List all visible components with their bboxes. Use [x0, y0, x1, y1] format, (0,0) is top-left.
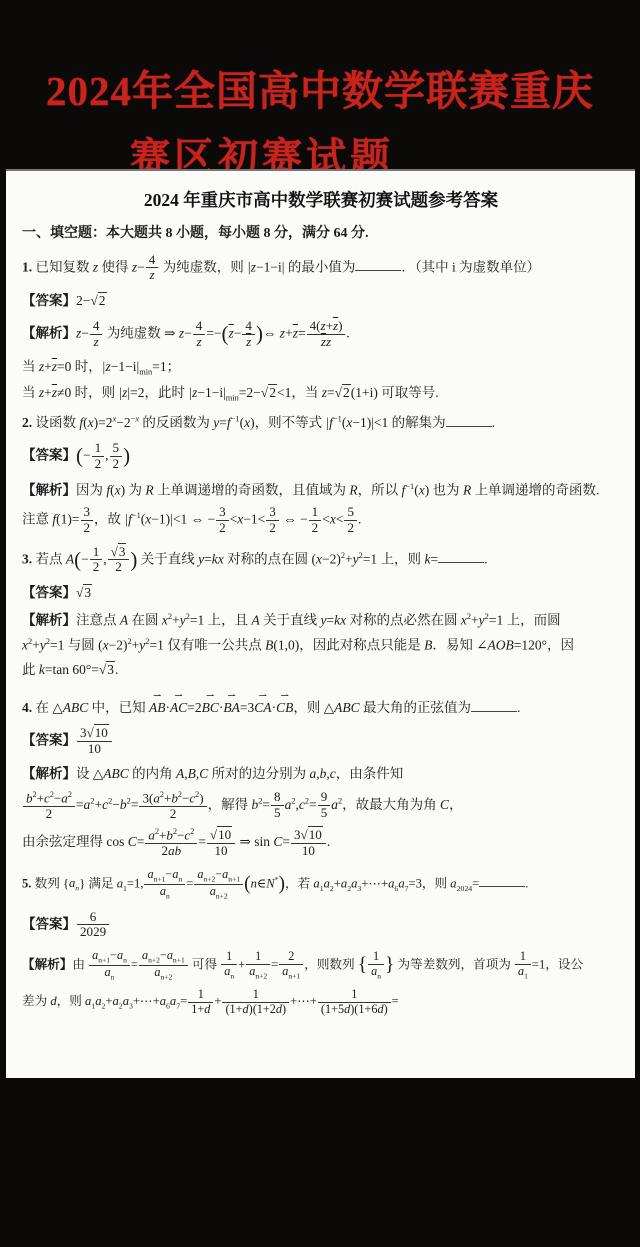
section-heading-fill-in-blanks: 一、填空题：本大题共 8 小题，每小题 8 分，满分 64 分.: [22, 225, 620, 244]
problem-2-solution-line-2: 注意 f(1)=32，故 |f−1(x−1)|<1 ⇔ −32<x−1<32 ⇔…: [22, 505, 620, 535]
problem-5-answer: 【答案】62029: [22, 910, 620, 940]
problem-1-answer: 【答案】2−√2: [22, 292, 620, 310]
problem-1-solution-line-3: 当 z+z≠0 时，则 |z|=2，此时 |z−1−i|min=2−√2<1，当…: [22, 384, 620, 404]
problem-4-solution-line-3: 由余弦定理得 cos C=a2+b2−c22ab=√1010 ⇒ sin C=3…: [22, 827, 620, 859]
problem-5-solution-line-1: 【解析】由 an+1−anan=an+2−an+1an+2 可得 1an+1an…: [22, 949, 620, 982]
problem-3-answer: 【答案】√3: [22, 584, 620, 602]
problem-4-statement: 4. 在 △ABC 中，已知 AB·AC=2BC·BA=3CA·CB，则 △AB…: [22, 693, 620, 717]
problem-3-statement: 3. 若点 A(−12,√32) 关于直线 y=kx 对称的点在圆 (x−2)2…: [22, 545, 620, 575]
problem-3-solution-line-2: x2+y2=1 与圆 (x−2)2+y2=1 仅有唯一公共点 B(1,0)，因此…: [22, 636, 620, 655]
problem-1-statement: 1. 已知复数 z 使得 z−4z 为纯虚数，则 |z−1−i| 的最小值为．（…: [22, 253, 620, 283]
problem-2-answer: 【答案】(−12,52): [22, 441, 620, 471]
answer-document-page: 2024 年重庆市高中数学联赛初赛试题参考答案 一、填空题：本大题共 8 小题，…: [6, 169, 635, 1078]
problem-4-solution-line-2: b2+c2−a22=a2+c2−b2=3(a2+b2−c2)2，解得 b2=85…: [22, 790, 620, 822]
problem-5-solution-line-2: 差为 d，则 a1a2+a2a3+⋯+a6a7=11+d+1(1+d)(1+2d…: [22, 988, 620, 1016]
problem-1-solution-line-1: 【解析】z−4z 为纯虚数 ⇒ z−4z=−(z−4z)⇔ z+z=4(z+z)…: [22, 319, 620, 349]
cover-banner: 2024年全国高中数学联赛重庆 赛区初赛试题: [0, 0, 640, 170]
problem-2-statement: 2. 设函数 f(x)=2x−2−x 的反函数为 y=f−1(x)，则不等式 |…: [22, 413, 620, 432]
problem-2-solution-line-1: 【解析】因为 f(x) 为 R 上单调递增的奇函数，且值域为 R，所以 f−1(…: [22, 481, 620, 500]
problem-3-solution-line-3: 此 k=tan 60°=√3.: [22, 661, 620, 679]
problem-5-statement: 5. 数列 {an} 满足 a1=1,an+1−anan=an+2−an+1an…: [22, 868, 620, 901]
problem-4-solution-line-1: 【解析】设 △ABC 的内角 A,B,C 所对的边分别为 a,b,c，由条件知: [22, 765, 620, 783]
problem-1-solution-line-2: 当 z+z=0 时，|z−1−i|min=1；: [22, 358, 620, 378]
problem-3-solution-line-1: 【解析】注意点 A 在圆 x2+y2=1 上，且 A 关于直线 y=kx 对称的…: [22, 611, 620, 630]
document-title: 2024 年重庆市高中数学联赛初赛试题参考答案: [22, 189, 620, 213]
problem-4-answer: 【答案】3√1010: [22, 726, 620, 756]
banner-title-line1: 2024年全国高中数学联赛重庆: [0, 58, 640, 117]
